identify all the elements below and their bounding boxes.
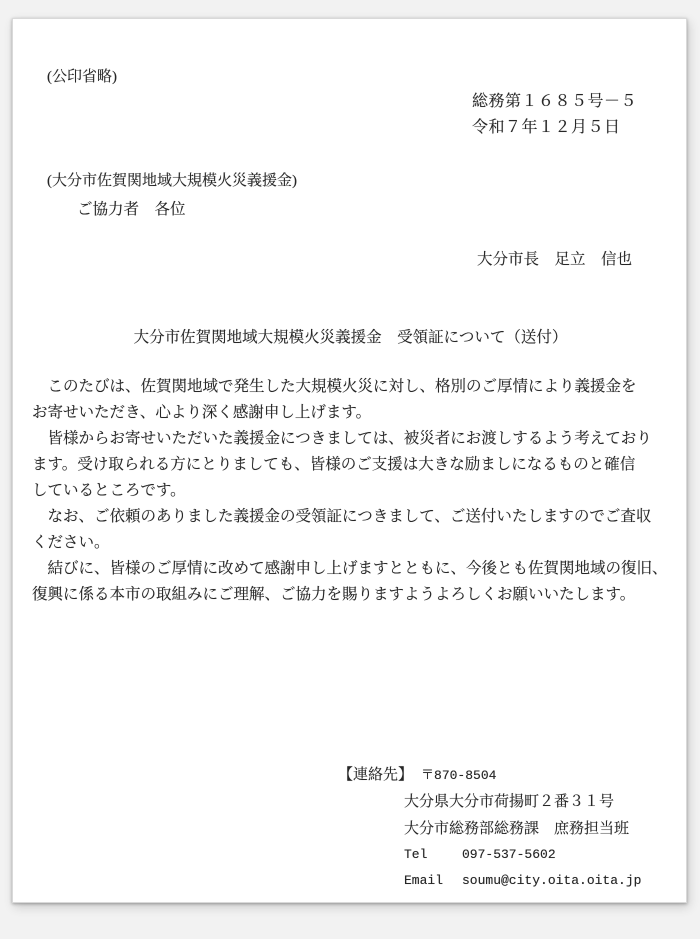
document-body: このたびは、佐賀関地域で発生した大規模火災に対し、格別のご厚情により義援金を お…: [32, 374, 677, 608]
body-line: なお、ご依頼のありました義援金の受領証につきまして、ご送付いたしますのでご査収: [32, 504, 677, 530]
body-line: このたびは、佐賀関地域で発生した大規模火災に対し、格別のご厚情により義援金を: [32, 374, 677, 400]
contact-email-row: Emailsoumu@city.oita.oita.jp: [338, 868, 641, 894]
contact-address: 大分県大分市荷揚町２番３１号: [338, 789, 641, 815]
body-line: ます。受け取られる方にとりましても、皆様のご支援は大きな励ましになるものと確信: [32, 452, 677, 478]
document-number: 総務第１６８５号－５: [472, 89, 637, 115]
contact-block: 【連絡先】〒870-8504 大分県大分市荷揚町２番３１号 大分市総務部総務課 …: [338, 762, 641, 894]
contact-tel-row: Tel097-537-5602: [338, 842, 641, 868]
body-line: お寄せいただき、心より深く感謝申し上げます。: [32, 400, 677, 426]
document-title: 大分市佐賀関地域大規模火災義援金 受領証について（送付）: [13, 325, 688, 347]
reference-block: 総務第１６８５号－５ 令和７年１２月５日: [472, 89, 637, 141]
sender-mayor-name: 大分市長 足立 信也: [477, 247, 632, 269]
email-label: Email: [404, 868, 462, 894]
tel-label: Tel: [404, 842, 462, 868]
contact-department: 大分市総務部総務課 庶務担当班: [338, 816, 641, 842]
document-page: (公印省略) 総務第１６８５号－５ 令和７年１２月５日 (大分市佐賀関地域大規模…: [12, 18, 687, 903]
tel-number: 097-537-5602: [462, 847, 556, 862]
body-line: しているところです。: [32, 478, 677, 504]
contact-label: 【連絡先】: [338, 762, 421, 788]
seal-omitted-note: (公印省略): [47, 65, 117, 86]
contact-postal-code: 〒870-8504: [421, 768, 496, 783]
document-date: 令和７年１２月５日: [472, 115, 637, 141]
body-line: 皆様からお寄せいただいた義援金につきましては、被災者にお渡しするよう考えており: [32, 426, 677, 452]
scan-background: (公印省略) 総務第１６８５号－５ 令和７年１２月５日 (大分市佐賀関地域大規模…: [0, 0, 700, 939]
body-line: 結びに、皆様のご厚情に改めて感謝申し上げますとともに、今後とも佐賀関地域の復旧、: [32, 556, 677, 582]
email-address: soumu@city.oita.oita.jp: [462, 873, 641, 888]
body-line: 復興に係る本市の取組みにご理解、ご協力を賜りますようよろしくお願いいたします。: [32, 582, 677, 608]
addressee-fund-name: (大分市佐賀関地域大規模火災義援金): [47, 169, 297, 190]
contact-header-row: 【連絡先】〒870-8504: [338, 762, 641, 789]
addressee-contributors: ご協力者 各位: [77, 197, 186, 219]
body-line: ください。: [32, 530, 677, 556]
